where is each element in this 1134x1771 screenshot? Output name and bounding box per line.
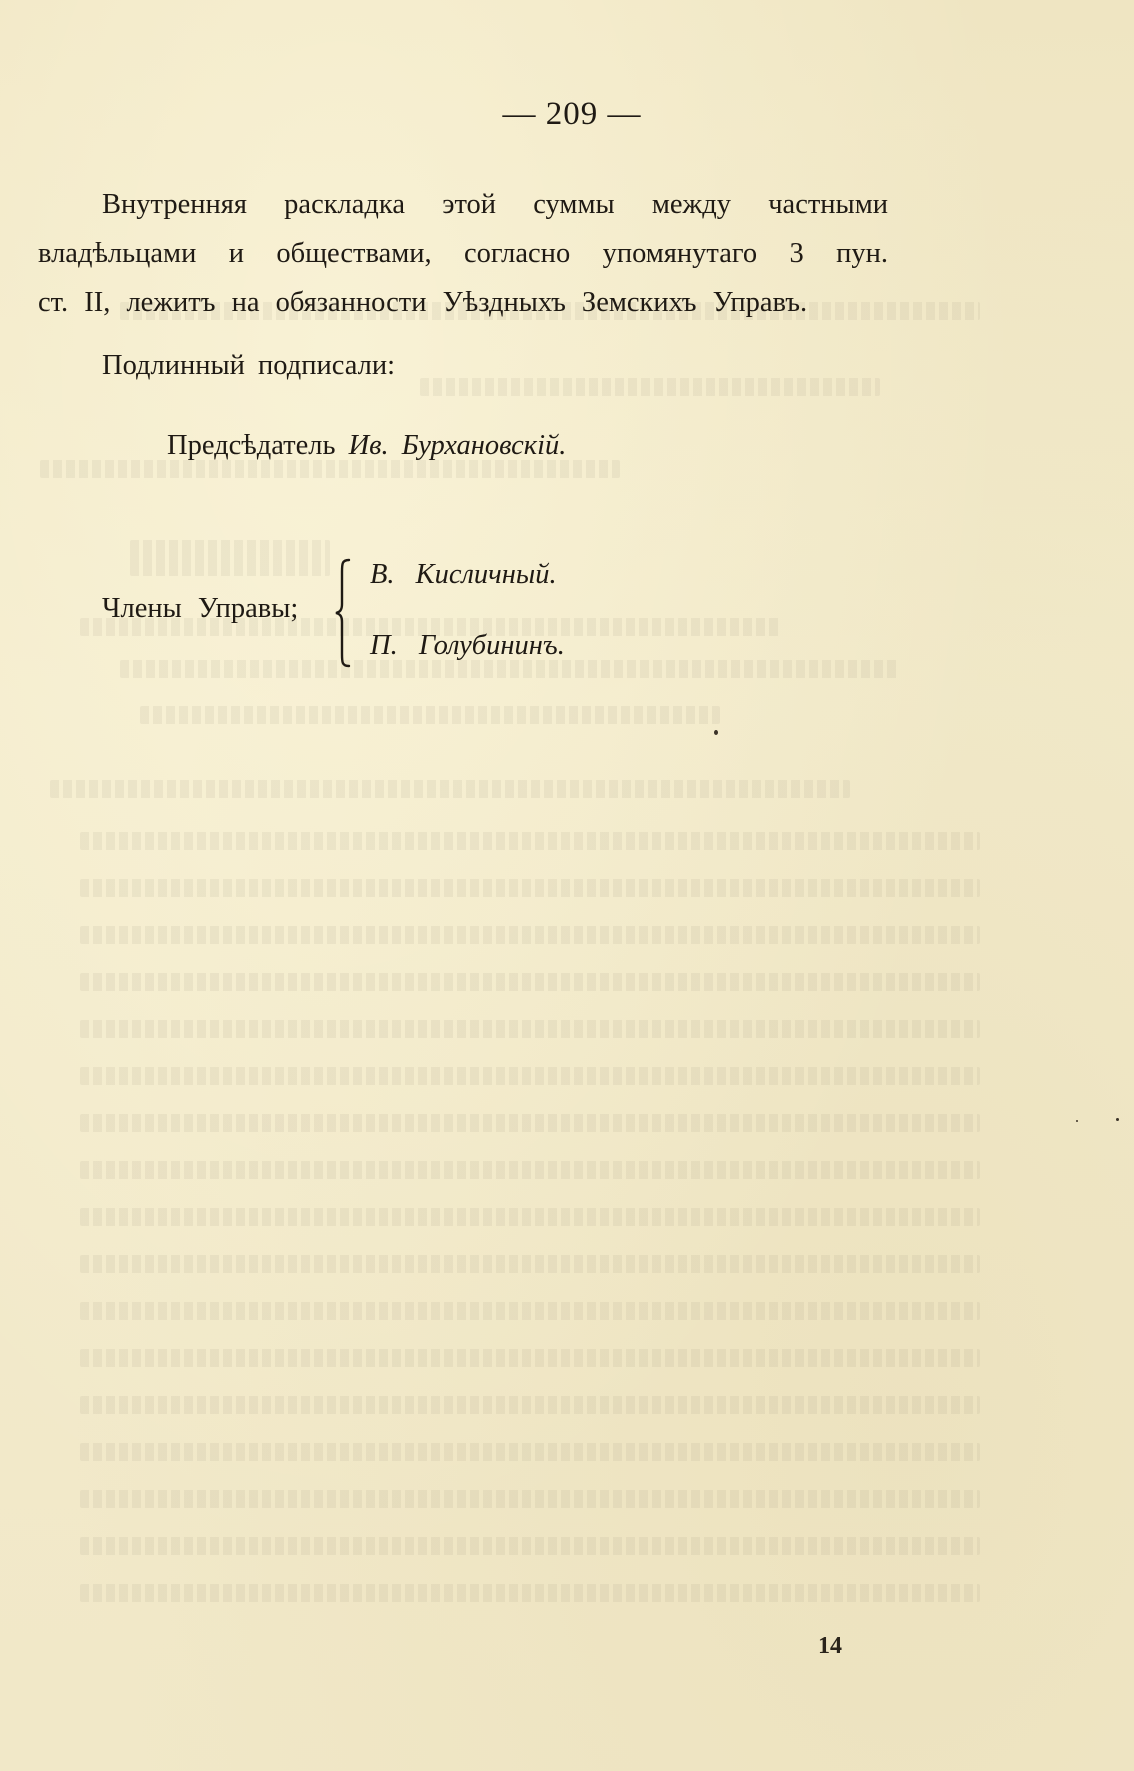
show-through-texture	[80, 879, 980, 897]
show-through-texture	[80, 1490, 980, 1508]
show-through-texture	[80, 1114, 980, 1132]
body-paragraph: Внутренняя раскладка этой суммы между ча…	[38, 180, 888, 327]
paragraph-line: ст. II, лежитъ на обязанности Уѣздныхъ З…	[38, 278, 888, 327]
show-through-texture	[80, 973, 980, 991]
page-number: — 209 —	[0, 96, 1134, 133]
member-name: В. Кисличный.	[370, 559, 557, 591]
chairman-signature: Предсѣдатель Ив. Бурхановскій.	[167, 430, 566, 462]
paragraph-line: владѣльцами и обществами, согласно упомя…	[38, 229, 888, 278]
document-page: — 209 — Внутренняя раскладка этой суммы …	[0, 0, 1134, 1771]
members-label: Члены Управы;	[102, 593, 298, 625]
show-through-texture	[40, 460, 620, 478]
sheet-number: 14	[818, 1633, 842, 1660]
show-through-texture	[80, 1349, 980, 1367]
curly-brace-icon	[333, 558, 357, 668]
paper-speck	[1076, 1120, 1078, 1122]
show-through-texture	[80, 1020, 980, 1038]
show-through-texture	[80, 832, 980, 850]
paragraph-line: Внутренняя раскладка этой суммы между ча…	[38, 180, 888, 229]
show-through-texture	[80, 1537, 980, 1555]
show-through-texture	[80, 1302, 980, 1320]
show-through-texture	[80, 1584, 980, 1602]
member-name: П. Голубининъ.	[370, 630, 565, 662]
paper-speck	[1116, 1118, 1119, 1121]
show-through-texture	[80, 1208, 980, 1226]
show-through-texture	[120, 660, 900, 678]
show-through-texture	[80, 1067, 980, 1085]
show-through-texture	[130, 540, 330, 576]
show-through-texture	[420, 378, 880, 396]
paper-speck	[714, 730, 718, 735]
show-through-texture	[80, 1443, 980, 1461]
show-through-texture	[80, 1161, 980, 1179]
show-through-texture	[80, 926, 980, 944]
show-through-texture	[80, 1255, 980, 1273]
show-through-texture	[140, 706, 720, 724]
signed-heading: Подлинный подписали:	[102, 350, 395, 382]
chairman-title: Предсѣдатель	[167, 430, 335, 461]
show-through-texture	[50, 780, 850, 798]
show-through-texture	[80, 1396, 980, 1414]
chairman-name: Ив. Бурхановскій.	[349, 430, 567, 461]
